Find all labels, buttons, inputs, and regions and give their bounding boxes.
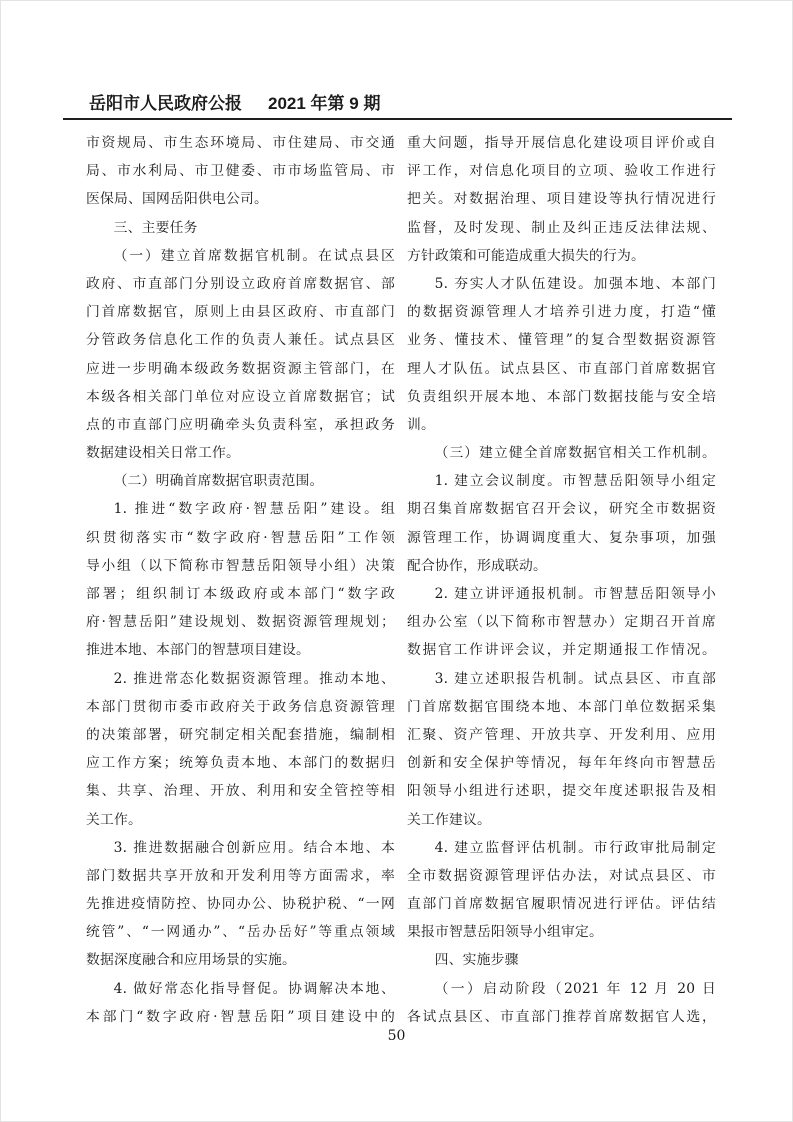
text-line: 阳领导小组进行述职，提交年度述职报告及相 bbox=[407, 777, 716, 805]
text-line: 点的市直部门应明确牵头负责科室，承担政务 bbox=[86, 411, 395, 439]
left-column: 市资规局、市生态环境局、市住建局、市交通局、市水利局、市卫健委、市市场监管局、市… bbox=[86, 129, 395, 1031]
right-column: 重大问题，指导开展信息化建设项目评价或自评工作，对信息化项目的立项、验收工作进行… bbox=[407, 129, 716, 1031]
text-line: 部门数据共享开放和开发利用等方面需求，率 bbox=[86, 862, 395, 890]
text-line: 分管政务信息化工作的负责人兼任。试点县区 bbox=[86, 326, 395, 354]
text-line: 应工作方案；统筹负责本地、本部门的数据归 bbox=[86, 749, 395, 777]
text-line: 1. 建立会议制度。市智慧岳阳领导小组定 bbox=[407, 467, 716, 495]
text-line: 数据官工作讲评会议，并定期通报工作情况。 bbox=[407, 636, 716, 664]
text-line: 府·智慧岳阳”建设规划、数据资源管理规划； bbox=[86, 608, 395, 636]
text-line: 导小组（以下简称市智慧岳阳领导小组）决策 bbox=[86, 552, 395, 580]
text-line: 数据建设相关日常工作。 bbox=[86, 439, 395, 467]
text-line: 果报市智慧岳阳领导小组审定。 bbox=[407, 918, 716, 946]
text-line: 负责组织开展本地、本部门数据技能与安全培 bbox=[407, 383, 716, 411]
text-line: 统管”、“一网通办”、“岳办岳好”等重点领域 bbox=[86, 918, 395, 946]
text-line: 监督，及时发现、制止及纠正违反法律法规、 bbox=[407, 214, 716, 242]
text-line: 集、共享、治理、开放、利用和安全管控等相 bbox=[86, 777, 395, 805]
text-line: 本级各相关部门单位对应设立首席数据官；试 bbox=[86, 383, 395, 411]
text-line: （三）建立健全首席数据官相关工作机制。 bbox=[407, 439, 716, 467]
text-line: 四、实施步骤 bbox=[407, 946, 716, 974]
text-line: 把关。对数据治理、项目建设等执行情况进行 bbox=[407, 185, 716, 213]
text-line: 医保局、国网岳阳供电公司。 bbox=[86, 185, 395, 213]
text-line: 理人才队伍。试点县区、市直部门首席数据官 bbox=[407, 355, 716, 383]
text-line: 政府、市直部门分别设立政府首席数据官、部 bbox=[86, 270, 395, 298]
text-line: 先推进疫情防控、协同办公、协税护税、“一网 bbox=[86, 890, 395, 918]
text-line: 汇聚、资产管理、开放共享、开发利用、应用 bbox=[407, 721, 716, 749]
text-line: （一）建立首席数据官机制。在试点县区 bbox=[86, 242, 395, 270]
text-line: 训。 bbox=[407, 411, 716, 439]
text-line: 业务、懂技术、懂管理”的复合型数据资源管 bbox=[407, 326, 716, 354]
text-line: 局、市水利局、市卫健委、市市场监管局、市 bbox=[86, 157, 395, 185]
text-line: 部署；组织制订本级政府或本部门“数字政 bbox=[86, 580, 395, 608]
text-line: 织贯彻落实市“数字政府·智慧岳阳”工作领 bbox=[86, 524, 395, 552]
text-line: 应进一步明确本级政务数据资源主管部门，在 bbox=[86, 355, 395, 383]
text-line: 组办公室（以下简称市智慧办）定期召开首席 bbox=[407, 608, 716, 636]
text-line: 推进本地、本部门的智慧项目建设。 bbox=[86, 636, 395, 664]
text-line: 数据深度融合和应用场景的实施。 bbox=[86, 946, 395, 974]
text-line: 3. 推进数据融合创新应用。结合本地、本 bbox=[86, 834, 395, 862]
text-line: 本部门贯彻市委市政府关于政务信息资源管理 bbox=[86, 693, 395, 721]
text-line: 1. 推进“数字政府·智慧岳阳”建设。组 bbox=[86, 495, 395, 523]
text-line: 2. 推进常态化数据资源管理。推动本地、 bbox=[86, 665, 395, 693]
gazette-issue: 2021 年第 9 期 bbox=[268, 94, 380, 113]
text-line: 期召集首席数据官召开会议，研究全市数据资 bbox=[407, 495, 716, 523]
text-line: 直部门首席数据官履职情况进行评估。评估结 bbox=[407, 890, 716, 918]
page-footer: 50 bbox=[1, 1027, 792, 1045]
text-line: 3. 建立述职报告机制。试点县区、市直部 bbox=[407, 665, 716, 693]
text-line: 关工作建议。 bbox=[407, 806, 716, 834]
text-line: 源管理工作，协调调度重大、复杂事项，加强 bbox=[407, 524, 716, 552]
text-line: 配合协作，形成联动。 bbox=[407, 552, 716, 580]
text-line: 4. 做好常态化指导督促。协调解决本地、 bbox=[86, 975, 395, 1003]
text-line: （一）启动阶段（2021 年 12 月 20 日前）。 bbox=[407, 975, 716, 1003]
text-line: 重大问题，指导开展信息化建设项目评价或自 bbox=[407, 129, 716, 157]
text-line: 门首席数据官围绕本地、本部门单位数据采集 bbox=[407, 693, 716, 721]
gazette-title: 岳阳市人民政府公报 bbox=[89, 94, 242, 113]
text-line: 4. 建立监督评估机制。市行政审批局制定 bbox=[407, 834, 716, 862]
text-line: 创新和安全保护等情况，每年年终向市智慧岳 bbox=[407, 749, 716, 777]
text-line: 方针政策和可能造成重大损失的行为。 bbox=[407, 242, 716, 270]
text-line: 5. 夯实人才队伍建设。加强本地、本部门 bbox=[407, 270, 716, 298]
document-body: 市资规局、市生态环境局、市住建局、市交通局、市水利局、市卫健委、市市场监管局、市… bbox=[86, 129, 716, 1031]
text-line: 全市数据资源管理评估办法，对试点县区、市 bbox=[407, 862, 716, 890]
text-line: 2. 建立讲评通报机制。市智慧岳阳领导小 bbox=[407, 580, 716, 608]
text-line: 三、主要任务 bbox=[86, 214, 395, 242]
text-line: 市资规局、市生态环境局、市住建局、市交通 bbox=[86, 129, 395, 157]
page-header: 岳阳市人民政府公报2021 年第 9 期 bbox=[89, 94, 380, 114]
page-number: 50 bbox=[388, 1028, 406, 1044]
gazette-page: 岳阳市人民政府公报2021 年第 9 期 市资规局、市生态环境局、市住建局、市交… bbox=[0, 0, 793, 1122]
text-line: 关工作。 bbox=[86, 806, 395, 834]
text-line: 评工作，对信息化项目的立项、验收工作进行 bbox=[407, 157, 716, 185]
text-line: 的决策部署，研究制定相关配套措施，编制相 bbox=[86, 721, 395, 749]
text-line: 门首席数据官，原则上由县区政府、市直部门 bbox=[86, 298, 395, 326]
text-line: 的数据资源管理人才培养引进力度，打造“懂 bbox=[407, 298, 716, 326]
text-line: （二）明确首席数据官职责范围。 bbox=[86, 467, 395, 495]
header-rule bbox=[63, 118, 732, 120]
